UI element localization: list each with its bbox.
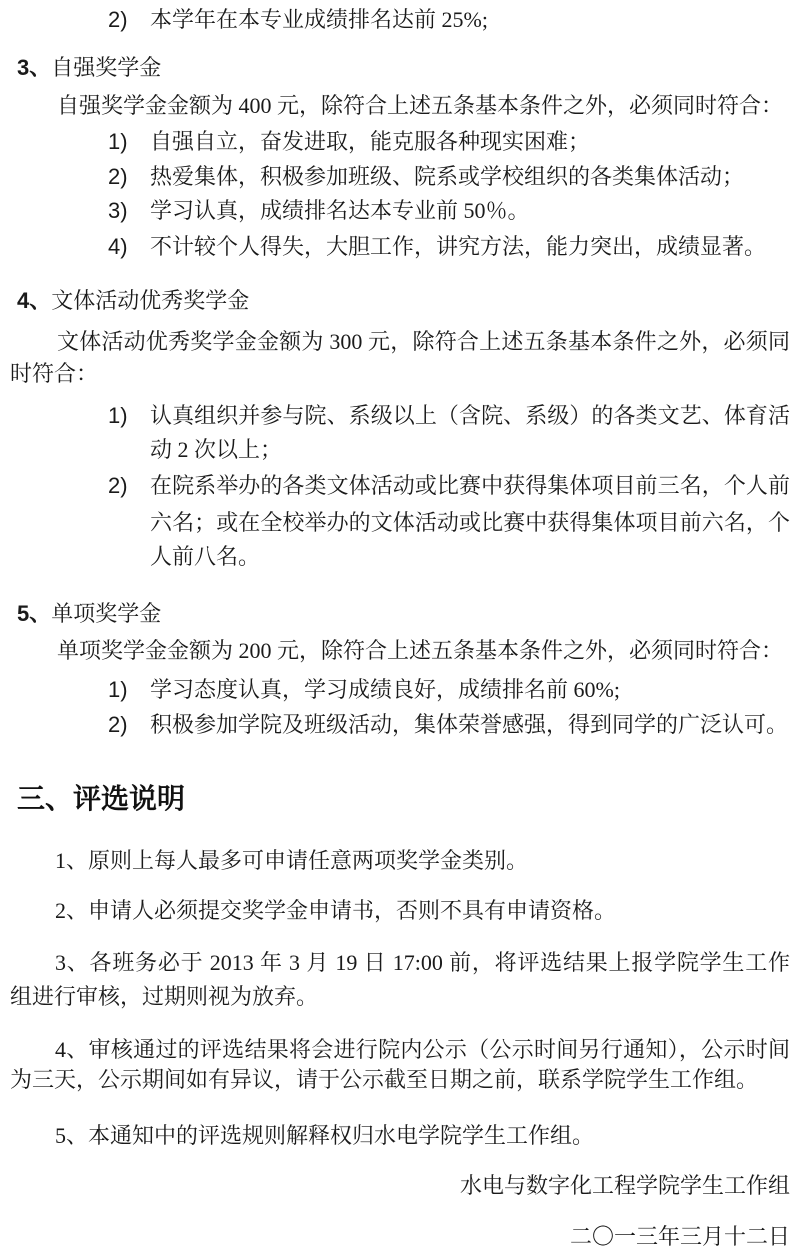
s4-item-1-line-1: 认真组织并参与院、系级以上（含院、系级）的各类文艺、体育活 — [150, 398, 790, 433]
section-5-title: 单项奖学金 — [51, 601, 161, 626]
part-3-heading: 三、评选说明 — [17, 777, 185, 821]
s4-item-2-number: 2) — [108, 468, 128, 503]
carry-item-text: 本学年在本专业成绩排名达前 25%; — [150, 2, 488, 37]
part3-para-3-line-1: 3、各班务必于 2013 年 3 月 19 日 17:00 前，将评选结果上报学… — [55, 945, 790, 980]
s3-item-2-number: 2) — [108, 159, 128, 194]
s4-item-2-line-2: 六名；或在全校举办的文体活动或比赛中获得集体项目前六名，个 — [150, 505, 790, 540]
part3-para-2: 2、申请人必须提交奖学金申请书，否则不具有申请资格。 — [55, 893, 616, 928]
s3-item-1-text: 自强自立，奋发进取，能克服各种现实困难； — [150, 124, 590, 159]
s3-item-4-text: 不计较个人得失，大胆工作，讲究方法，能力突出，成绩显著。 — [150, 229, 766, 264]
section-heading-5: 5、单项奖学金 — [17, 596, 161, 631]
section-4-title: 文体活动优秀奖学金 — [51, 288, 249, 313]
s4-item-2-line-3: 人前八名。 — [150, 539, 260, 574]
s3-item-4-number: 4) — [108, 229, 128, 264]
section-5-intro: 单项奖学金金额为 200 元，除符合上述五条基本条件之外，必须同时符合： — [57, 633, 783, 668]
s4-item-2-line-1: 在院系举办的各类文体活动或比赛中获得集体项目前三名，个人前 — [150, 468, 790, 503]
s5-item-1-number: 1) — [108, 672, 128, 707]
part3-para-4-line-2: 为三天，公示期间如有异议，请于公示截至日期之前，联系学院学生工作组。 — [10, 1062, 758, 1097]
section-4-number: 4、 — [17, 288, 51, 313]
section-5-number: 5、 — [17, 601, 51, 626]
part3-para-1: 1、原则上每人最多可申请任意两项奖学金类别。 — [55, 843, 528, 878]
section-3-intro: 自强奖学金金额为 400 元，除符合上述五条基本条件之外，必须同时符合： — [57, 88, 783, 123]
section-3-title: 自强奖学金 — [51, 55, 161, 80]
s5-item-2-number: 2) — [108, 707, 128, 742]
signature-organization: 水电与数字化工程学院学生工作组 — [460, 1168, 790, 1203]
s4-item-1-number: 1) — [108, 398, 128, 433]
s3-item-3-number: 3) — [108, 193, 128, 228]
part3-para-3-line-2: 组进行审核，过期则视为放弃。 — [10, 979, 318, 1014]
part3-para-5: 5、本通知中的评选规则解释权归水电学院学生工作组。 — [55, 1118, 594, 1153]
s3-item-3-text: 学习认真，成绩排名达本专业前 50％。 — [150, 193, 530, 228]
s3-item-2-text: 热爱集体，积极参加班级、院系或学校组织的各类集体活动； — [150, 159, 744, 194]
document-page: 2) 本学年在本专业成绩排名达前 25%; 3、自强奖学金 自强奖学金金额为 4… — [0, 0, 800, 1254]
s4-item-1-line-2: 动 2 次以上； — [150, 432, 282, 467]
section-4-intro-line-1: 文体活动优秀奖学金金额为 300 元，除符合上述五条基本条件之外，必须同 — [57, 324, 790, 359]
carry-item-number: 2) — [108, 2, 128, 37]
section-4-intro-line-2: 时符合： — [10, 356, 98, 391]
s5-item-2-text: 积极参加学院及班级活动，集体荣誉感强，得到同学的广泛认可。 — [150, 707, 788, 742]
section-3-number: 3、 — [17, 55, 51, 80]
s3-item-1-number: 1) — [108, 124, 128, 159]
section-heading-4: 4、文体活动优秀奖学金 — [17, 283, 249, 318]
section-heading-3: 3、自强奖学金 — [17, 50, 161, 85]
s5-item-1-text: 学习态度认真，学习成绩良好，成绩排名前 60%; — [150, 672, 620, 707]
signature-date: 二〇一三年三月十二日 — [570, 1219, 790, 1254]
